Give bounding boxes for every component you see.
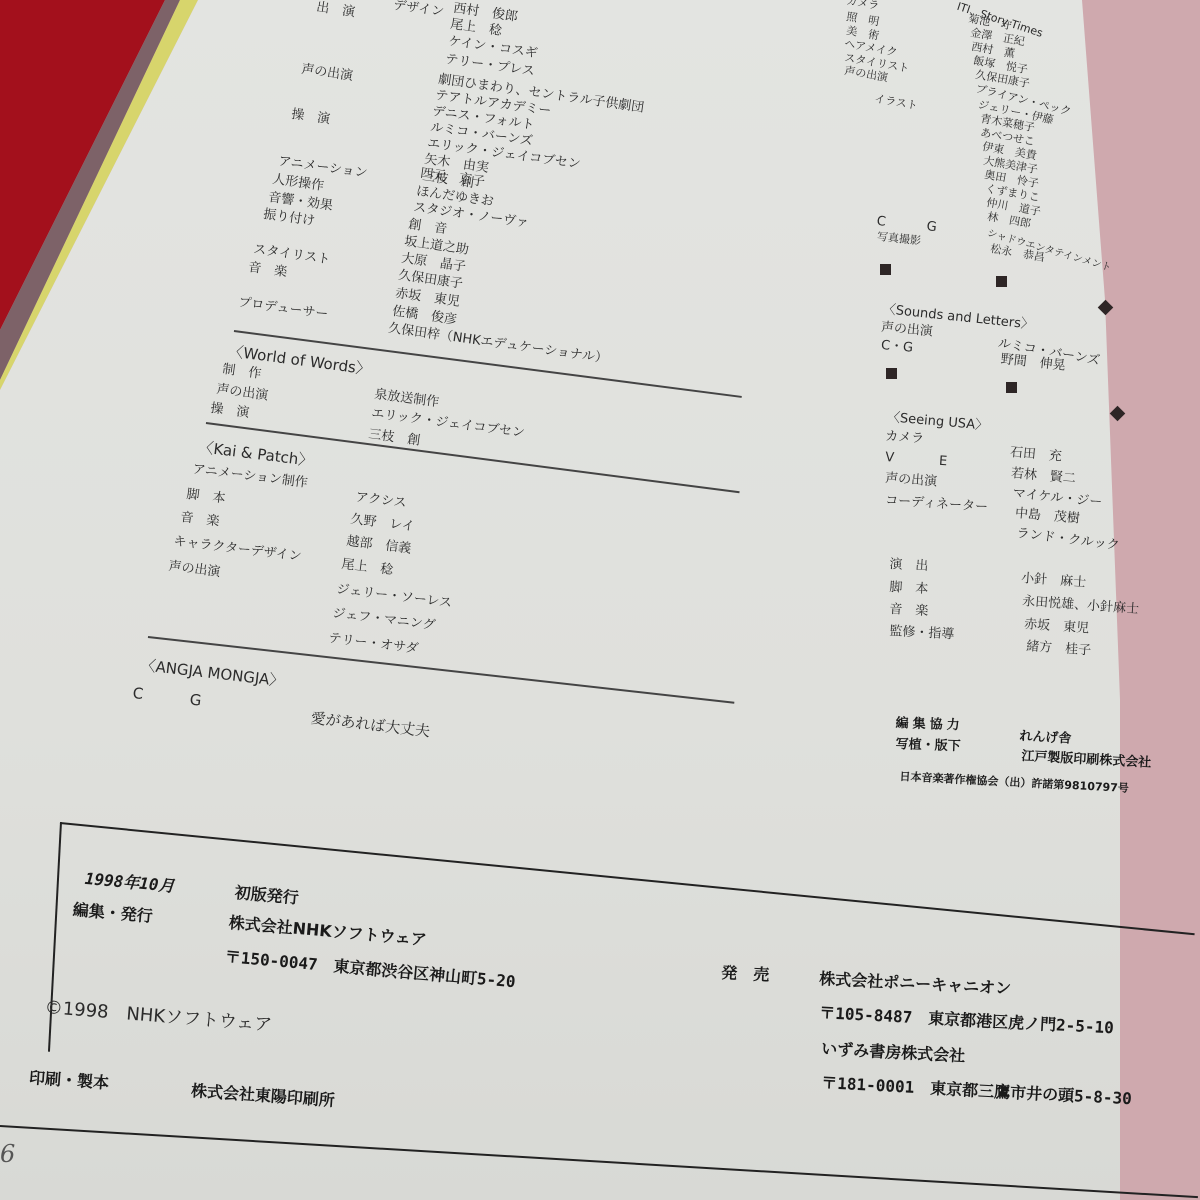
credit-role: C・G (880, 334, 914, 356)
section-marker-square (996, 276, 1007, 287)
credit-role: 脚 本 (889, 576, 929, 597)
page-number: 6 (0, 1140, 15, 1168)
credit-role: 演 出 (889, 553, 929, 574)
section-marker-square (1006, 382, 1017, 393)
credit-role: 音 楽 (889, 598, 929, 619)
credit-role: 編集協力 (895, 712, 964, 733)
credit-name: れんげ舎 (1019, 725, 1072, 747)
credit-role: 監修・指導 (889, 620, 955, 642)
credit-role: カメラ (885, 425, 925, 447)
credit-role: 写植・版下 (895, 733, 961, 754)
section-marker-square (886, 368, 897, 379)
sales-label: 発 売 (721, 960, 770, 985)
section-marker-square (880, 264, 891, 275)
credit-role: 声の出演 (885, 467, 938, 490)
